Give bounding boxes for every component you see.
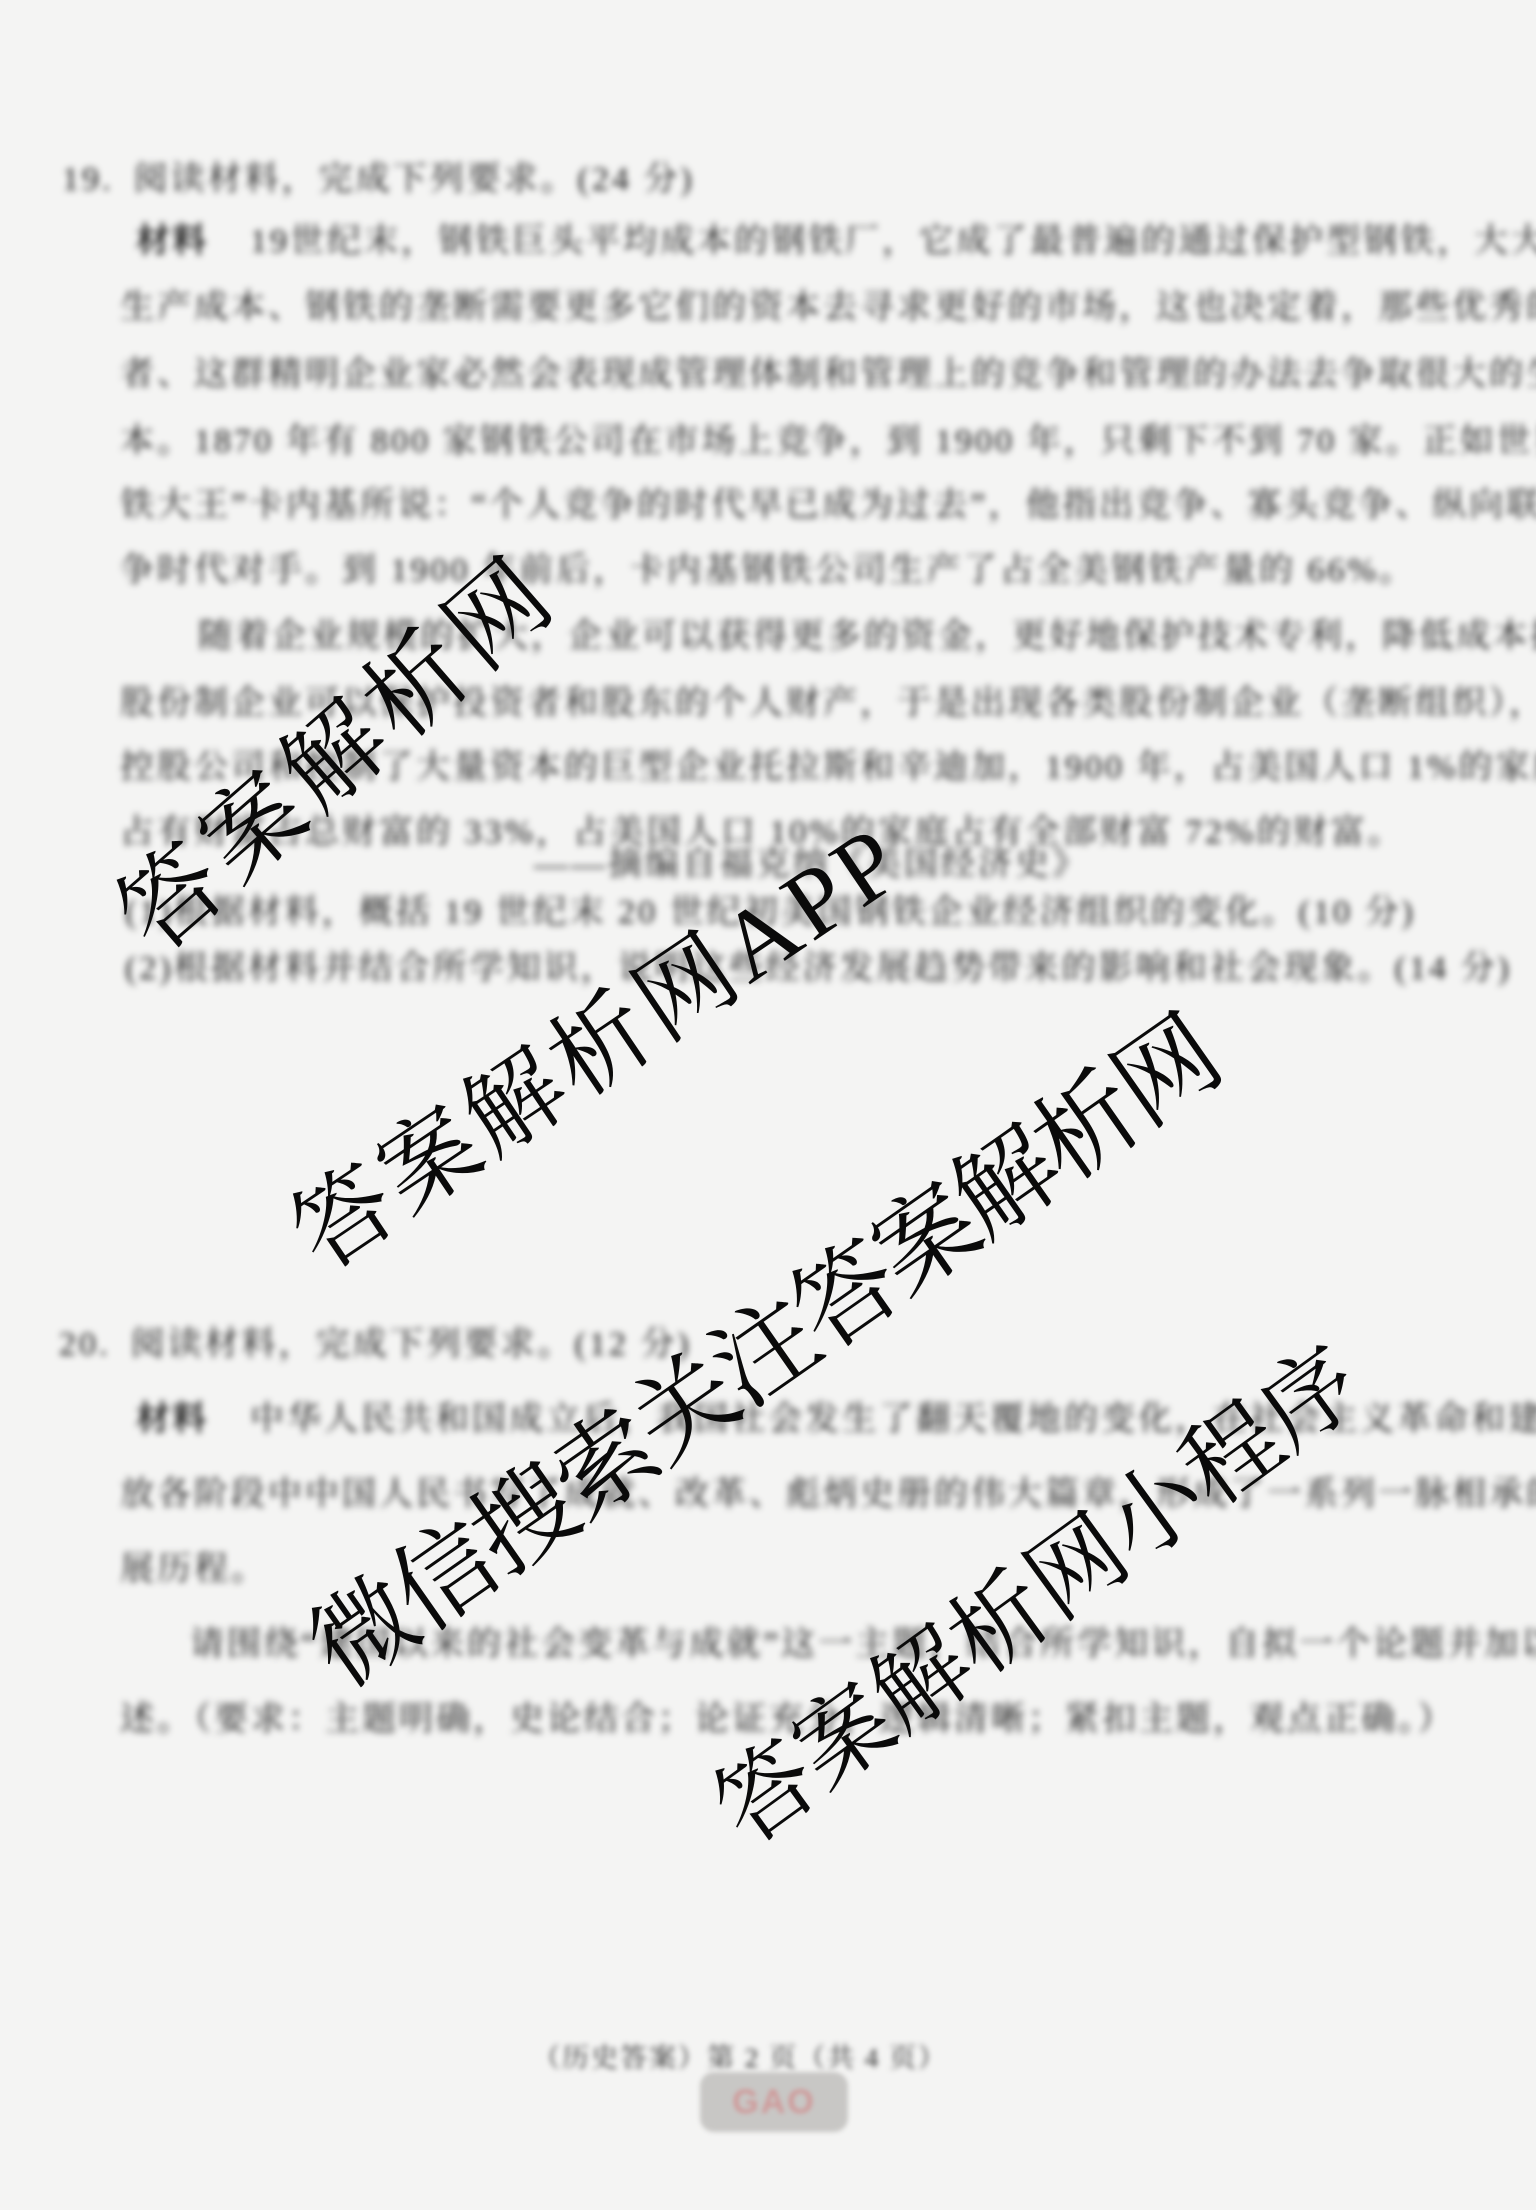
question-19-prompt: 阅读材料，完成下列要求。(24 分) [134, 161, 695, 198]
q20-p1-line2: 放各阶段中中国人民书写了成就、改革、彪炳史册的伟大篇章，形成了一系列一脉相承的发 [120, 1475, 1536, 1515]
publisher-stamp-text: GAO [732, 2083, 815, 2122]
exam-page: 19.阅读材料，完成下列要求。(24 分) 材料19世纪末，钢铁巨头平均成本的钢… [0, 0, 1536, 2210]
q19-p1-line6: 争时代对手。到 1900 年前后，卡内基钢铁公司生产了占全美钢铁产量的 66%。 [120, 551, 1416, 591]
question-19-header: 19.阅读材料，完成下列要求。(24 分) [62, 160, 695, 200]
q19-p1-line2: 生产成本、钢铁的垄断需要更多它们的资本去寻求更好的市场，这也决定着，那些优秀的管… [120, 288, 1536, 328]
page-footer-text: （历史答案）第 2 页（共 4 页） [533, 2036, 947, 2075]
publisher-stamp: GAO [700, 2072, 848, 2132]
q20-p1-line3: 展历程。 [120, 1550, 268, 1590]
q19-p1-line1: 19世纪末，钢铁巨头平均成本的钢铁厂，它成了最普遍的通过保护型钢铁，大大降低了钢… [250, 223, 1536, 260]
question-20-prompt: 阅读材料，完成下列要求。(12 分) [131, 1326, 692, 1363]
q19-p1-line4: 本。1870 年有 800 家钢铁公司在市场上竞争，到 1900 年，只剩下不到… [120, 422, 1536, 462]
q19-p1-line5: 铁大王”卡内基所说：“个人竞争的时代早已成为过去”，他指出竞争、寡头竞争、纵向联… [120, 486, 1536, 526]
question-19-number: 19. [62, 161, 114, 198]
q19-material-label: 材料 [136, 223, 208, 260]
question-20-number: 20. [59, 1326, 111, 1363]
q19-p1-line3: 者、这群精明企业家必然会表现成管理体制和管理上的竞争和管理的办法去争取很大的生产… [120, 355, 1536, 395]
q20-material-label: 材料 [136, 1401, 208, 1438]
question-20-header: 20.阅读材料，完成下列要求。(12 分) [59, 1325, 692, 1365]
q19-material-line-1: 材料19世纪末，钢铁巨头平均成本的钢铁厂，它成了最普遍的通过保护型钢铁，大大降低… [136, 222, 1536, 262]
